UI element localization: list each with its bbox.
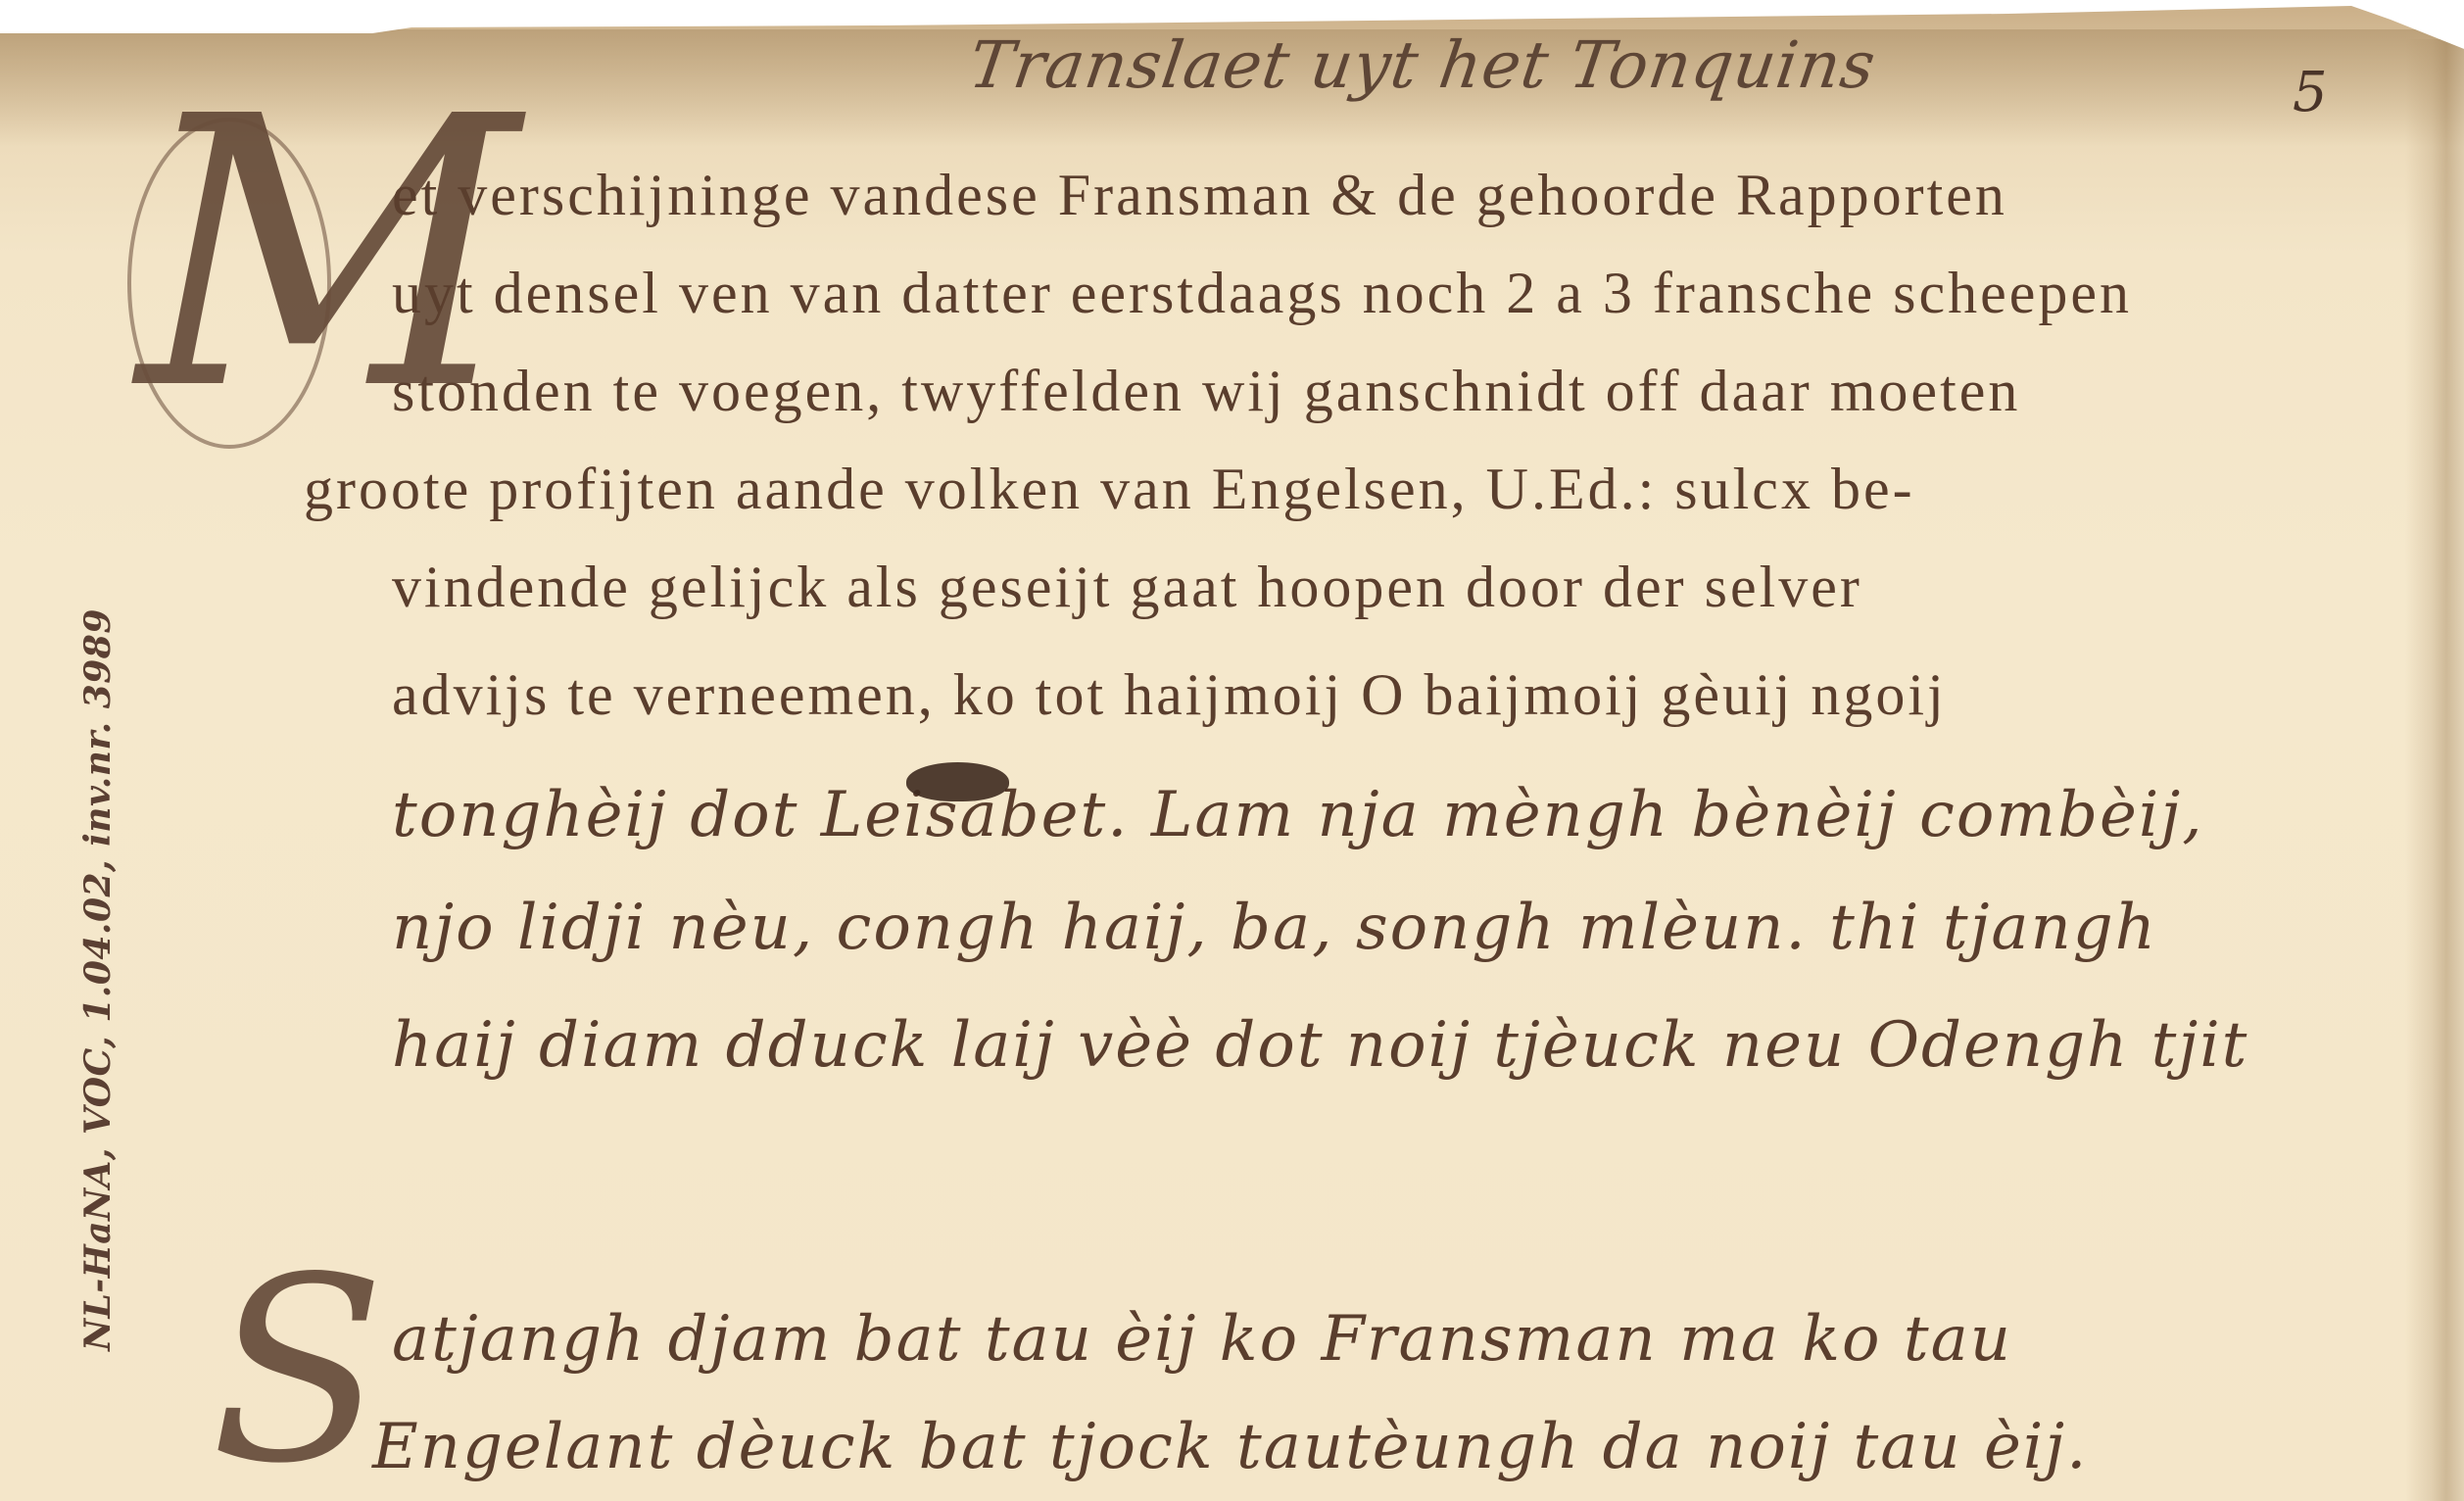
manuscript-line: Engelant dèuck bat tjock tautèungh da no… (372, 1411, 2088, 1483)
manuscript-line: tonghèij dot Leisabet. Lam nja mèngh bèn… (392, 779, 2204, 851)
page-right-edge (2405, 39, 2464, 1501)
archive-reference-label: NL-HaNA, VOC, 1.04.02, inv.nr. 3989 (77, 608, 119, 1351)
folio-number: 5 (2293, 61, 2328, 124)
initial-flourish (127, 118, 331, 449)
manuscript-page: NL-HaNA, VOC, 1.04.02, inv.nr. 3989 Tran… (0, 0, 2464, 1501)
document-title: Translaet uyt het Tonquins (965, 27, 1881, 103)
manuscript-line: vindende gelijck als geseijt gaat hoopen… (392, 554, 1862, 621)
manuscript-line: uyt densel ven van datter eerstdaags noc… (392, 260, 2132, 327)
manuscript-line: atjangh djam bat tau èij ko Fransman ma … (392, 1303, 2012, 1376)
manuscript-line: groote profijten aande volken van Engels… (304, 456, 1915, 523)
ink-blot (906, 762, 1009, 801)
manuscript-line: et verschijninge vandese Fransman & de g… (392, 162, 2007, 229)
manuscript-line: stonden te voegen, twyffelden wij gansch… (392, 358, 2020, 425)
manuscript-line: haij diam dduck laij vèè dot noij tjèuck… (392, 1009, 2248, 1082)
manuscript-line: advijs te verneemen, ko tot haijmoij O b… (392, 661, 1947, 729)
manuscript-line: njo lidji nèu, congh haij, ba, songh mlè… (392, 892, 2157, 964)
decorated-initial-s: S (211, 1244, 385, 1499)
